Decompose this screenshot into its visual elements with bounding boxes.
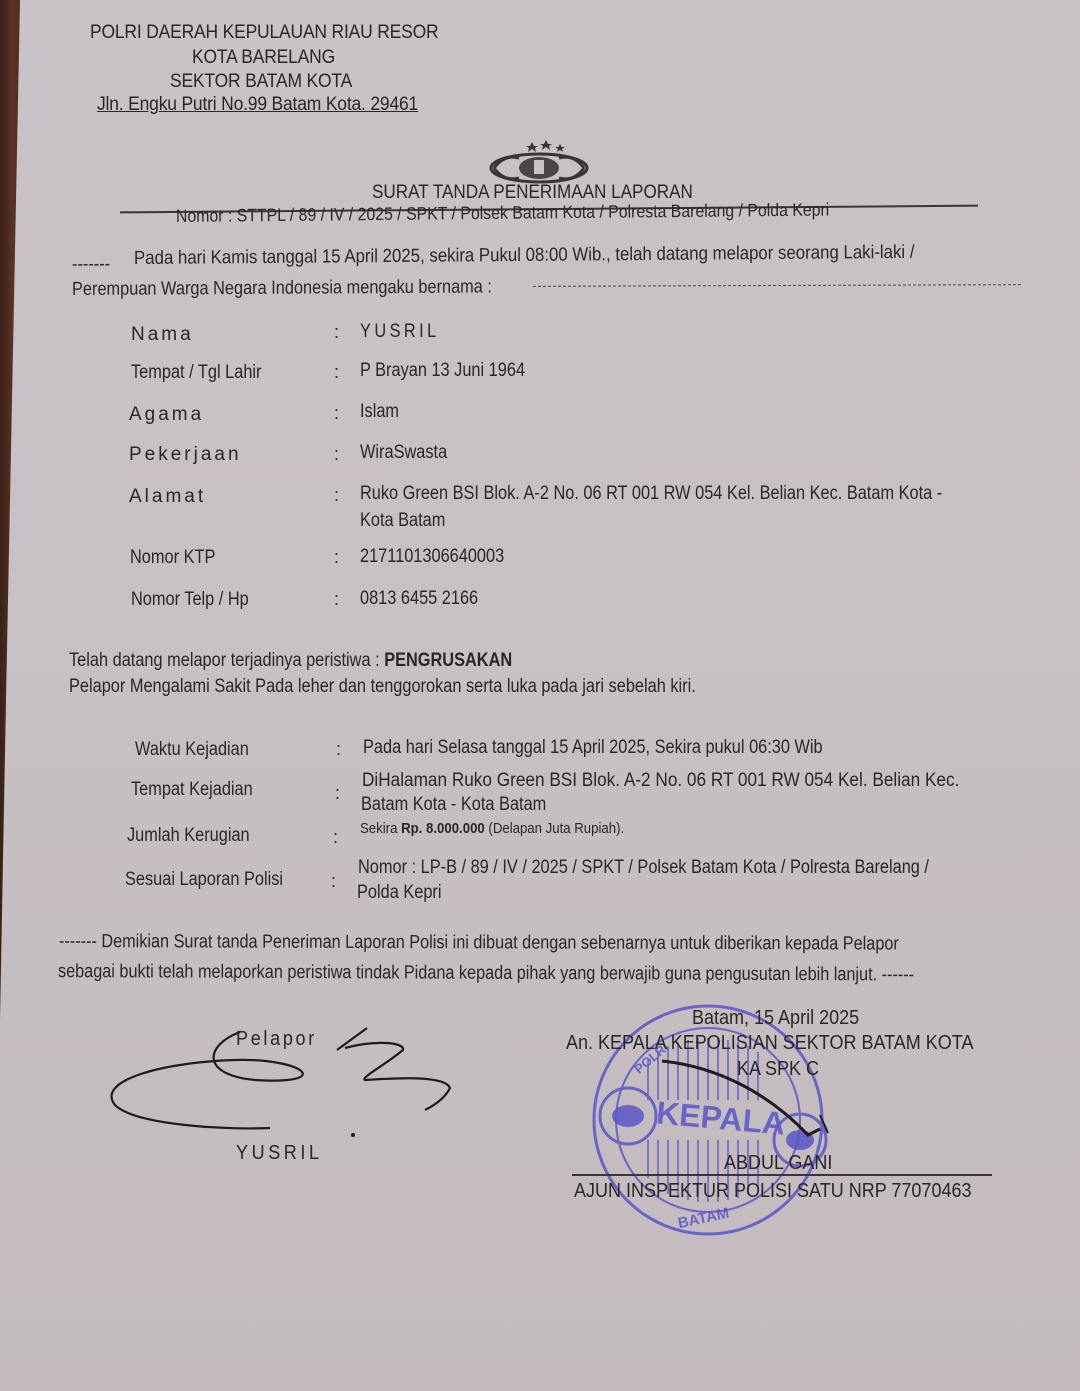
detail-label-police-report: Sesuai Laporan Polisi	[125, 869, 283, 891]
official-rank: AJUN INSPEKTUR POLISI SATU NRP 77070463	[574, 1180, 971, 1203]
field-colon: :	[336, 739, 341, 760]
field-value-alamat-line2: Kota Batam	[360, 510, 445, 532]
field-colon: :	[334, 589, 339, 610]
field-colon: :	[333, 827, 338, 848]
detail-label-place: Tempat Kejadian	[131, 779, 253, 801]
reporter-signature-name: YUSRIL	[236, 1142, 323, 1165]
detail-value-place-line2: Batam Kota - Kota Batam	[361, 794, 546, 816]
intro-dash: -------	[72, 254, 110, 276]
field-colon: :	[334, 444, 339, 465]
field-colon: :	[334, 362, 339, 383]
field-label-birth: Tempat / Tgl Lahir	[131, 362, 261, 384]
detail-value-time: Pada hari Selasa tanggal 15 April 2025, …	[363, 737, 823, 759]
document-number: Nomor : STTPL / 89 / IV / 2025 / SPKT / …	[176, 200, 829, 227]
detail-label-loss: Jumlah Kerugian	[127, 825, 250, 847]
field-value-ktp: 2171101306640003	[360, 546, 504, 568]
police-emblem-icon	[484, 138, 594, 186]
detail-label-time: Waktu Kejadian	[135, 739, 249, 761]
official-title: An. KEPALA KEPOLISIAN SEKTOR BATAM KOTA	[566, 1032, 973, 1055]
field-value-alamat: Ruko Green BSI Blok. A-2 No. 06 RT 001 R…	[360, 483, 942, 505]
detail-value-loss: Sekira Rp. 8.000.000 (Delapan Juta Rupia…	[360, 820, 624, 837]
field-colon: :	[334, 547, 339, 568]
field-colon: :	[331, 871, 336, 892]
official-signature-icon	[660, 1055, 840, 1145]
official-place-date: Batam, 15 April 2025	[692, 1007, 859, 1030]
field-colon: :	[334, 322, 339, 343]
field-value-agama: Islam	[360, 401, 399, 423]
incident-reported: Telah datang melapor terjadinya peristiw…	[69, 650, 512, 672]
field-label-alamat: Alamat	[129, 486, 206, 508]
field-label-nama: Nama	[131, 324, 194, 346]
field-colon: :	[334, 403, 339, 424]
field-label-pekerjaan: Pekerjaan	[129, 444, 242, 466]
field-value-pekerjaan: WiraSwasta	[360, 442, 447, 464]
letterhead-address: Jln. Engku Putri No.99 Batam Kota. 29461	[97, 94, 418, 116]
field-value-phone: 0813 6455 2166	[360, 588, 478, 610]
reporter-signature-icon	[105, 1020, 465, 1140]
loss-amount: Rp. 8.000.000	[401, 820, 485, 837]
field-label-agama: Agama	[129, 404, 204, 426]
field-label-ktp: Nomor KTP	[130, 547, 215, 569]
closing-line2: sebagai bukti telah melaporkan peristiwa…	[58, 961, 914, 986]
detail-value-police-report-line2: Polda Kepri	[357, 882, 441, 904]
field-label-phone: Nomor Telp / Hp	[131, 589, 249, 611]
incident-type: PENGRUSAKAN	[384, 650, 512, 671]
signature-divider	[572, 1174, 992, 1176]
incident-prefix: Telah datang melapor terjadinya peristiw…	[69, 650, 380, 671]
detail-value-place: DiHalaman Ruko Green BSI Blok. A-2 No. 0…	[362, 770, 959, 792]
intro-line2: Perempuan Warga Negara Indonesia mengaku…	[72, 276, 492, 301]
letterhead-line3: SEKTOR BATAM KOTA	[170, 71, 352, 93]
document-paper: POLRI DAERAH KEPULAUAN RIAU RESOR KOTA B…	[0, 0, 1080, 1391]
intro-line1: Pada hari Kamis tanggal 15 April 2025, s…	[134, 242, 915, 270]
detail-value-police-report: Nomor : LP-B / 89 / IV / 2025 / SPKT / P…	[358, 857, 929, 879]
field-value-birth: P Brayan 13 Juni 1964	[360, 360, 525, 382]
field-colon: :	[334, 485, 339, 506]
field-colon: :	[335, 783, 340, 804]
letterhead-line2: KOTA BARELANG	[192, 47, 335, 69]
field-value-nama: YUSRIL	[360, 321, 440, 343]
official-name: ABDUL GANI	[724, 1152, 832, 1175]
incident-note: Pelapor Mengalami Sakit Pada leher dan t…	[69, 676, 696, 698]
closing-line1: ------- Demikian Surat tanda Peneriman L…	[59, 931, 899, 956]
intro-dashed-line	[533, 284, 1021, 287]
letterhead-line1: POLRI DAERAH KEPULAUAN RIAU RESOR	[90, 22, 438, 44]
